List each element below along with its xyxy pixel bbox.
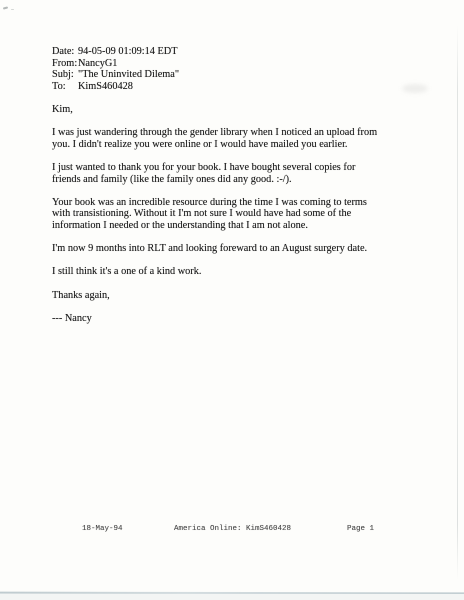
paragraph: Your book was an incredible resource dur… <box>52 197 452 232</box>
signature: --- Nancy <box>52 313 452 325</box>
header-label-subject: Subj: <box>52 69 78 81</box>
header-label-to: To: <box>52 81 78 93</box>
footer-service-account: America Online: KimS460428 <box>174 524 291 534</box>
header-row: From: NancyG1 <box>52 58 179 70</box>
scan-artifact <box>3 6 8 9</box>
header-value-to: KimS460428 <box>78 81 133 93</box>
header-label-date: Date: <box>52 46 78 58</box>
header-value-date: 94-05-09 01:09:14 EDT <box>78 46 178 58</box>
footer-date: 18-May-94 <box>82 524 123 534</box>
scan-artifact <box>11 9 14 10</box>
paragraph: I still think it's a one of a kind work. <box>52 266 452 278</box>
letter-body: Kim, I was just wandering through the ge… <box>52 104 452 324</box>
header-row: Subj: "The Uninvited Dilema" <box>52 69 179 81</box>
closing: Thanks again, <box>52 290 452 302</box>
footer-page-number: Page 1 <box>347 524 374 534</box>
scanner-background <box>0 594 464 600</box>
header-row: To: KimS460428 <box>52 81 179 93</box>
scan-artifact <box>402 84 428 93</box>
header-value-from: NancyG1 <box>78 58 117 70</box>
paper-crease <box>457 25 458 580</box>
header-row: Date: 94-05-09 01:09:14 EDT <box>52 46 179 58</box>
letter-header: Date: 94-05-09 01:09:14 EDT From: NancyG… <box>52 46 179 92</box>
paragraph: I'm now 9 months into RLT and looking fo… <box>52 243 452 255</box>
header-label-from: From: <box>52 58 78 70</box>
greeting: Kim, <box>52 104 452 116</box>
paragraph: I was just wandering through the gender … <box>52 127 452 150</box>
paragraph: I just wanted to thank you for your book… <box>52 162 452 185</box>
header-value-subject: "The Uninvited Dilema" <box>78 69 179 81</box>
scanned-letter-page: Date: 94-05-09 01:09:14 EDT From: NancyG… <box>0 0 464 600</box>
